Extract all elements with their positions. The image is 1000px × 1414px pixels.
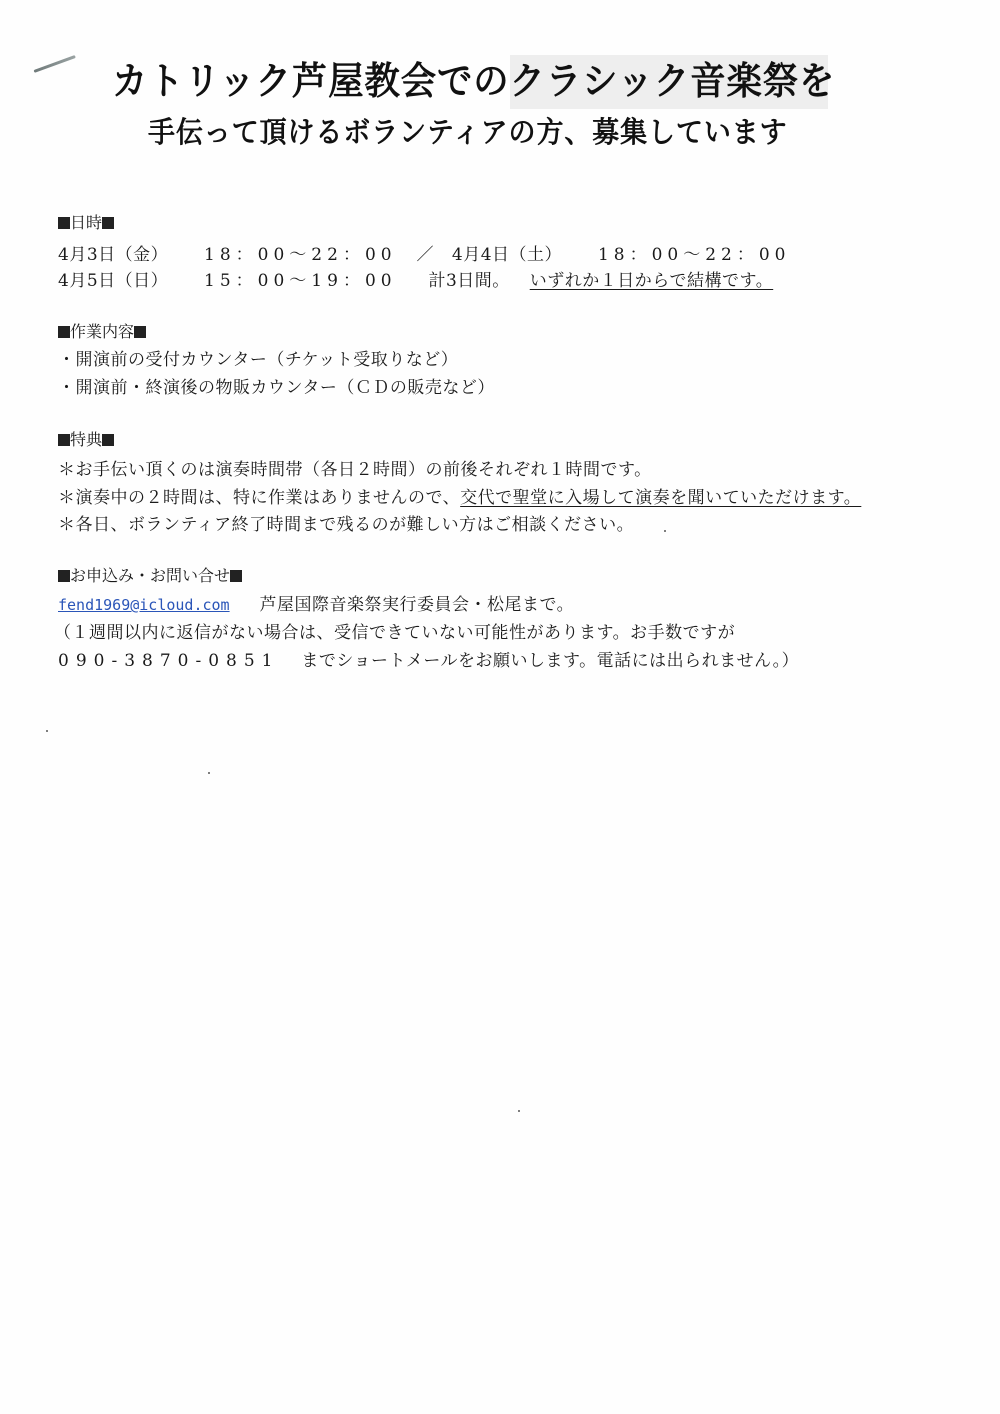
schedule-row-1: 4月3日（金） 18：00～22：00 ／ 4月4日（土） 18：00～22：0… (58, 244, 790, 266)
schedule-heading-text: 日時 (70, 213, 102, 232)
work-item-2: ・開演前・終演後の物販カウンター（ＣＤの販売など） (58, 377, 495, 399)
square-bullet-icon (102, 217, 114, 229)
benefits-heading-text: 特典 (70, 430, 102, 449)
contact-heading: お申込み・お問い合せ (58, 566, 242, 586)
square-bullet-icon (134, 326, 146, 338)
work-heading-text: 作業内容 (70, 322, 134, 341)
schedule-note: いずれか１日からで結構です。 (530, 271, 773, 291)
square-bullet-icon (58, 570, 70, 582)
benefit-line-2: ＊演奏中の２時間は、特に作業はありませんので、交代で聖堂に入場して演奏を聞いてい… (58, 487, 861, 509)
contact-line-3: 090-3870-0851 までショートメールをお願いします。電話には出られませ… (58, 650, 799, 672)
square-bullet-icon (58, 217, 70, 229)
square-bullet-icon (230, 570, 242, 582)
scan-speck (518, 1110, 520, 1112)
schedule-row-2: 4月5日（日） 15：00～19：00 計3日間。 いずれか１日からで結構です。 (58, 270, 773, 292)
contact-note-1: （１週間以内に返信がない場合は、受信できていない可能性があります。お手数ですが (54, 622, 735, 644)
schedule-heading: 日時 (58, 213, 114, 233)
schedule-date-3: 4月5日（日） (58, 271, 168, 291)
title-line-2: 手伝って頂けるボランティアの方、募集しています (148, 114, 788, 150)
benefits-heading: 特典 (58, 430, 114, 450)
scan-speck (208, 772, 210, 774)
benefit-line-2-underlined: 交代で聖堂に入場して演奏を聞いていただけます。 (460, 488, 861, 508)
schedule-time-2: 18：00～22：00 (598, 245, 791, 265)
scan-speck (664, 530, 666, 532)
square-bullet-icon (102, 434, 114, 446)
contact-note-2: までショートメールをお願いします。電話には出られません。） (301, 651, 799, 671)
schedule-date-2: 4月4日（土） (452, 245, 562, 265)
title-suffix: を (799, 59, 835, 103)
work-item-1: ・開演前の受付カウンター（チケット受取りなど） (58, 349, 458, 371)
flyer-page: カトリック芦屋教会でのクラシック音楽祭を 手伝って頂けるボランティアの方、募集し… (0, 0, 1000, 1414)
contact-email-link[interactable]: fend1969@icloud.com (58, 596, 230, 614)
square-bullet-icon (58, 434, 70, 446)
schedule-total: 計3日間。 (428, 271, 509, 291)
schedule-time-3: 15：00～19：00 (204, 271, 397, 291)
title-line-1: カトリック芦屋教会でのクラシック音楽祭を (112, 58, 835, 104)
staple-mark (33, 55, 75, 73)
title-prefix: カトリック芦屋教会での (112, 59, 510, 103)
contact-heading-text: お申込み・お問い合せ (70, 566, 230, 585)
schedule-separator: ／ (416, 245, 434, 265)
benefit-line-1: ＊お手伝い頂くのは演奏時間帯（各日２時間）の前後それぞれ１時間です。 (58, 459, 652, 481)
work-heading: 作業内容 (58, 322, 146, 342)
schedule-time-1: 18：00～22：00 (204, 245, 397, 265)
benefit-line-3: ＊各日、ボランティア終了時間まで残るのが難しい方はご相談ください。 (58, 514, 634, 536)
schedule-date-1: 4月3日（金） (58, 245, 168, 265)
square-bullet-icon (58, 326, 70, 338)
contact-phone: 090-3870-0851 (58, 651, 279, 671)
scan-speck (46, 730, 48, 732)
title-highlight-text: クラシック音楽祭 (510, 59, 799, 103)
benefit-line-2-prefix: ＊演奏中の２時間は、特に作業はありませんので、 (58, 488, 460, 508)
contact-organizer: 芦屋国際音楽祭実行委員会・松尾まで。 (260, 595, 575, 615)
contact-line-1: fend1969@icloud.com 芦屋国際音楽祭実行委員会・松尾まで。 (58, 594, 574, 616)
